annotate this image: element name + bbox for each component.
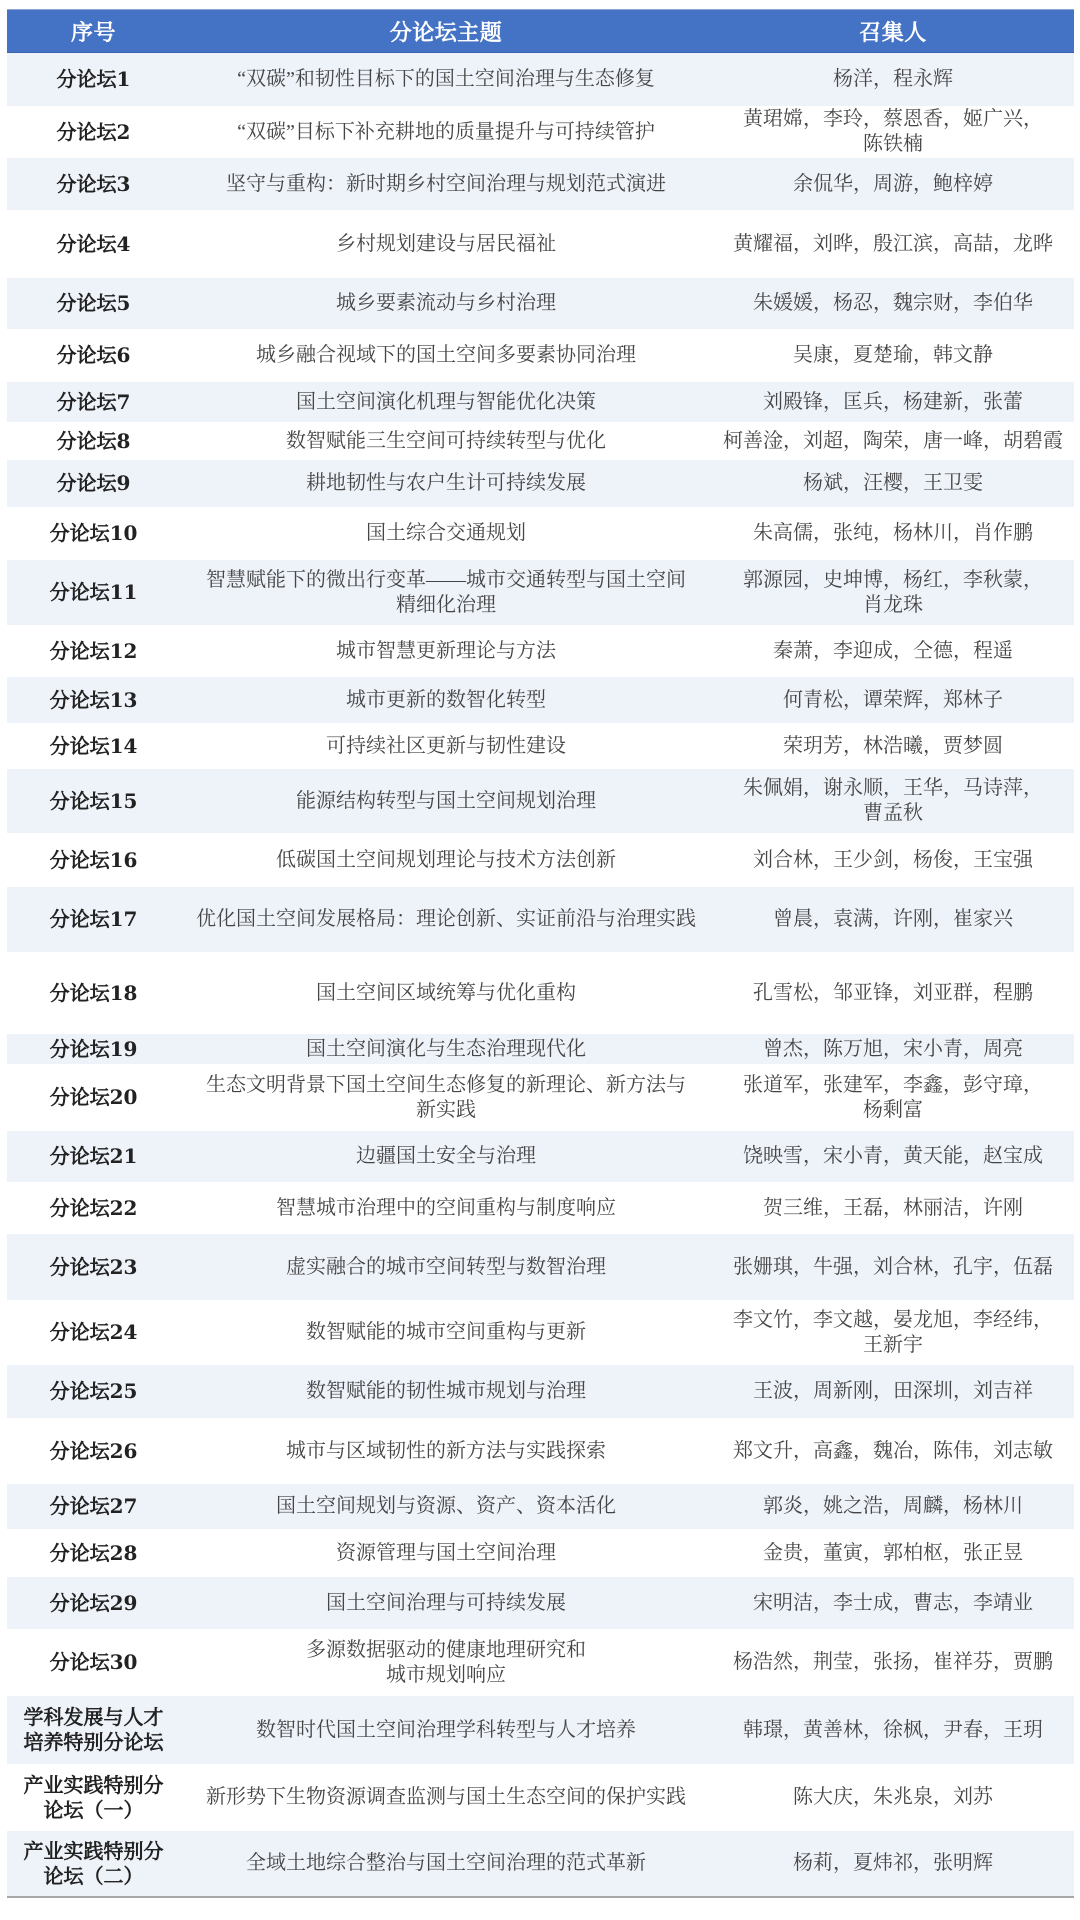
- forum-conveners: 郑文升，高鑫，魏冶，陈伟，刘志敏: [712, 1418, 1074, 1484]
- forum-id: 分论坛8: [7, 422, 180, 460]
- table-row: 分论坛10 国土综合交通规划 朱高儒，张纯，杨林川，肖作鹏: [7, 507, 1074, 560]
- forum-conveners: 余侃华，周游，鲍梓婷: [712, 158, 1074, 210]
- forum-id: 分论坛11: [7, 560, 180, 625]
- forum-topic: “双碳”和韧性目标下的国土空间治理与生态修复: [180, 53, 712, 106]
- forum-topic: 城市更新的数智化转型: [180, 677, 712, 723]
- forum-conveners: 张姗琪，牛强，刘合林，孔宇，伍磊: [712, 1234, 1074, 1300]
- forum-conveners: 宋明洁，李士成，曹志，李靖业: [712, 1577, 1074, 1629]
- table-row: 分论坛25 数智赋能的韧性城市规划与治理 王波，周新刚，田深圳，刘吉祥: [7, 1365, 1074, 1418]
- forum-conveners: 朱高儒，张纯，杨林川，肖作鹏: [712, 507, 1074, 560]
- forum-topic: 全域土地综合整治与国土空间治理的范式革新: [180, 1831, 712, 1896]
- forum-conveners: 郭炎，姚之浩，周麟，杨林川: [712, 1484, 1074, 1529]
- forum-conveners: 杨莉，夏炜祁，张明辉: [712, 1831, 1074, 1896]
- forum-topic: 数智赋能的韧性城市规划与治理: [180, 1365, 712, 1418]
- forum-topic: 乡村规划建设与居民福祉: [180, 210, 712, 278]
- header-topic: 分论坛主题: [180, 10, 712, 52]
- forum-id: 分论坛25: [7, 1365, 180, 1418]
- table-row: 分论坛5 城乡要素流动与乡村治理 朱媛媛，杨忍，魏宗财，李伯华: [7, 278, 1074, 329]
- forum-conveners: 曾杰，陈万旭，宋小青，周亮: [712, 1034, 1074, 1064]
- forum-conveners: 杨浩然，荆莹，张扬，崔祥芬，贾鹏: [712, 1629, 1074, 1696]
- forum-conveners: 柯善淦，刘超，陶荣，唐一峰，胡碧霞: [712, 422, 1074, 460]
- table-row: 分论坛14 可持续社区更新与韧性建设 荣玥芳，林浩曦，贾梦圆: [7, 723, 1074, 769]
- table-row: 产业实践特别分 论坛（一） 新形势下生物资源调查监测与国土生态空间的保护实践 陈…: [7, 1764, 1074, 1831]
- table-row: 分论坛9 耕地韧性与农户生计可持续发展 杨斌，汪樱，王卫雯: [7, 460, 1074, 507]
- forum-id: 分论坛29: [7, 1577, 180, 1629]
- forum-topic: 国土空间区域统筹与优化重构: [180, 952, 712, 1034]
- table-row: 分论坛8 数智赋能三生空间可持续转型与优化 柯善淦，刘超，陶荣，唐一峰，胡碧霞: [7, 422, 1074, 460]
- forum-topic: 国土空间治理与可持续发展: [180, 1577, 712, 1629]
- forum-id: 分论坛22: [7, 1182, 180, 1234]
- table-row: 分论坛26 城市与区域韧性的新方法与实践探索 郑文升，高鑫，魏冶，陈伟，刘志敏: [7, 1418, 1074, 1484]
- forum-topic: 国土空间演化与生态治理现代化: [180, 1034, 712, 1064]
- table-row: 分论坛13 城市更新的数智化转型 何青松，谭荣辉，郑林子: [7, 677, 1074, 723]
- forum-conveners: 王波，周新刚，田深圳，刘吉祥: [712, 1365, 1074, 1418]
- table-row: 分论坛7 国土空间演化机理与智能优化决策 刘殿锋，匡兵，杨建新，张蕾: [7, 382, 1074, 422]
- forum-id: 分论坛9: [7, 460, 180, 507]
- forum-topic: 数智赋能三生空间可持续转型与优化: [180, 422, 712, 460]
- forum-id: 分论坛6: [7, 329, 180, 382]
- table-row: 分论坛17 优化国土空间发展格局：理论创新、实证前沿与治理实践 曾晨，袁满，许刚…: [7, 887, 1074, 952]
- forum-topic: 耕地韧性与农户生计可持续发展: [180, 460, 712, 507]
- table-row: 分论坛30 多源数据驱动的健康地理研究和 城市规划响应 杨浩然，荆莹，张扬，崔祥…: [7, 1629, 1074, 1696]
- forum-conveners: 曾晨，袁满，许刚，崔家兴: [712, 887, 1074, 952]
- forum-id: 分论坛13: [7, 677, 180, 723]
- forum-id: 分论坛14: [7, 723, 180, 769]
- forum-id: 分论坛21: [7, 1131, 180, 1182]
- forum-id: 分论坛24: [7, 1300, 180, 1365]
- table-row: 分论坛20 生态文明背景下国土空间生态修复的新理论、新方法与 新实践 张道军，张…: [7, 1064, 1074, 1131]
- forum-id: 分论坛28: [7, 1529, 180, 1577]
- table-row: 分论坛12 城市智慧更新理论与方法 秦萧，李迎成，仝德，程遥: [7, 625, 1074, 677]
- forum-conveners: 郭源园，史坤博，杨红，李秋蒙， 肖龙珠: [712, 560, 1074, 625]
- table-row: 分论坛2 “双碳”目标下补充耕地的质量提升与可持续管护 黄珺嫦，李玲，蔡恩香，姬…: [7, 106, 1074, 158]
- forum-id: 学科发展与人才 培养特别分论坛: [7, 1696, 180, 1764]
- forum-topic: 城乡融合视域下的国土空间多要素协同治理: [180, 329, 712, 382]
- forum-id: 分论坛18: [7, 952, 180, 1034]
- forum-topic: 坚守与重构：新时期乡村空间治理与规划范式演进: [180, 158, 712, 210]
- forum-topic: 国土综合交通规划: [180, 507, 712, 560]
- table-bottom-border: [7, 1896, 1074, 1898]
- forum-id: 分论坛5: [7, 278, 180, 329]
- forum-id: 分论坛16: [7, 833, 180, 887]
- forum-id: 分论坛3: [7, 158, 180, 210]
- forum-conveners: 金贵，董寅，郭柏枢，张正昱: [712, 1529, 1074, 1577]
- forum-topic: 多源数据驱动的健康地理研究和 城市规划响应: [180, 1629, 712, 1696]
- table-row: 分论坛23 虚实融合的城市空间转型与数智治理 张姗琪，牛强，刘合林，孔宇，伍磊: [7, 1234, 1074, 1300]
- forum-topic: 可持续社区更新与韧性建设: [180, 723, 712, 769]
- forum-id: 产业实践特别分 论坛（一）: [7, 1764, 180, 1831]
- forum-conveners: 韩璟，黄善林，徐枫，尹春，王玥: [712, 1696, 1074, 1764]
- table-row: 产业实践特别分 论坛（二） 全域土地综合整治与国土空间治理的范式革新 杨莉，夏炜…: [7, 1831, 1074, 1896]
- forum-topic: 城乡要素流动与乡村治理: [180, 278, 712, 329]
- forum-topic: 国土空间演化机理与智能优化决策: [180, 382, 712, 422]
- forum-id: 分论坛26: [7, 1418, 180, 1484]
- header-conveners: 召集人: [712, 10, 1074, 52]
- table-row: 分论坛1 “双碳”和韧性目标下的国土空间治理与生态修复 杨洋，程永辉: [7, 53, 1074, 106]
- forum-id: 分论坛23: [7, 1234, 180, 1300]
- forum-id: 分论坛20: [7, 1064, 180, 1131]
- forum-id: 分论坛15: [7, 769, 180, 833]
- forum-table: 序号 分论坛主题 召集人 分论坛1 “双碳”和韧性目标下的国土空间治理与生态修复…: [7, 9, 1074, 1898]
- forum-id: 分论坛2: [7, 106, 180, 158]
- forum-conveners: 陈大庆，朱兆泉，刘苏: [712, 1764, 1074, 1831]
- forum-topic: “双碳”目标下补充耕地的质量提升与可持续管护: [180, 106, 712, 158]
- forum-conveners: 秦萧，李迎成，仝德，程遥: [712, 625, 1074, 677]
- forum-conveners: 杨洋，程永辉: [712, 53, 1074, 106]
- forum-id: 分论坛7: [7, 382, 180, 422]
- forum-topic: 虚实融合的城市空间转型与数智治理: [180, 1234, 712, 1300]
- table-row: 分论坛16 低碳国土空间规划理论与技术方法创新 刘合林，王少剑，杨俊，王宝强: [7, 833, 1074, 887]
- table-row: 分论坛27 国土空间规划与资源、资产、资本活化 郭炎，姚之浩，周麟，杨林川: [7, 1484, 1074, 1529]
- forum-topic: 资源管理与国土空间治理: [180, 1529, 712, 1577]
- forum-conveners: 荣玥芳，林浩曦，贾梦圆: [712, 723, 1074, 769]
- forum-id: 分论坛27: [7, 1484, 180, 1529]
- forum-id: 分论坛19: [7, 1034, 180, 1064]
- table-row: 分论坛6 城乡融合视域下的国土空间多要素协同治理 吴康，夏楚瑜，韩文静: [7, 329, 1074, 382]
- forum-topic: 智慧赋能下的微出行变革——城市交通转型与国土空间 精细化治理: [180, 560, 712, 625]
- table-row: 分论坛24 数智赋能的城市空间重构与更新 李文竹，李文越，晏龙旭，李经纬， 王新…: [7, 1300, 1074, 1365]
- forum-conveners: 黄耀福，刘晔，殷江滨，高喆，龙晔: [712, 210, 1074, 278]
- forum-topic: 数智时代国土空间治理学科转型与人才培养: [180, 1696, 712, 1764]
- forum-conveners: 李文竹，李文越，晏龙旭，李经纬， 王新宇: [712, 1300, 1074, 1365]
- forum-conveners: 朱佩娟，谢永顺，王华，马诗萍， 曹孟秋: [712, 769, 1074, 833]
- forum-topic: 智慧城市治理中的空间重构与制度响应: [180, 1182, 712, 1234]
- forum-id: 分论坛12: [7, 625, 180, 677]
- forum-id: 分论坛1: [7, 53, 180, 106]
- forum-topic: 低碳国土空间规划理论与技术方法创新: [180, 833, 712, 887]
- forum-conveners: 孔雪松，邹亚锋，刘亚群，程鹏: [712, 952, 1074, 1034]
- forum-id: 分论坛17: [7, 887, 180, 952]
- forum-conveners: 刘殿锋，匡兵，杨建新，张蕾: [712, 382, 1074, 422]
- forum-conveners: 何青松，谭荣辉，郑林子: [712, 677, 1074, 723]
- forum-conveners: 黄珺嫦，李玲，蔡恩香，姬广兴， 陈铁楠: [712, 106, 1074, 158]
- table-row: 分论坛11 智慧赋能下的微出行变革——城市交通转型与国土空间 精细化治理 郭源园…: [7, 560, 1074, 625]
- forum-conveners: 贺三维，王磊，林丽洁，许刚: [712, 1182, 1074, 1234]
- forum-conveners: 刘合林，王少剑，杨俊，王宝强: [712, 833, 1074, 887]
- forum-topic: 国土空间规划与资源、资产、资本活化: [180, 1484, 712, 1529]
- table-header: 序号 分论坛主题 召集人: [7, 9, 1074, 53]
- table-row: 学科发展与人才 培养特别分论坛 数智时代国土空间治理学科转型与人才培养 韩璟，黄…: [7, 1696, 1074, 1764]
- table-row: 分论坛18 国土空间区域统筹与优化重构 孔雪松，邹亚锋，刘亚群，程鹏: [7, 952, 1074, 1034]
- table-row: 分论坛3 坚守与重构：新时期乡村空间治理与规划范式演进 余侃华，周游，鲍梓婷: [7, 158, 1074, 210]
- forum-id: 分论坛4: [7, 210, 180, 278]
- forum-id: 分论坛10: [7, 507, 180, 560]
- table-row: 分论坛21 边疆国土安全与治理 饶映雪，宋小青，黄天能，赵宝成: [7, 1131, 1074, 1182]
- forum-id: 分论坛30: [7, 1629, 180, 1696]
- table-row: 分论坛28 资源管理与国土空间治理 金贵，董寅，郭柏枢，张正昱: [7, 1529, 1074, 1577]
- forum-topic: 城市智慧更新理论与方法: [180, 625, 712, 677]
- forum-topic: 新形势下生物资源调查监测与国土生态空间的保护实践: [180, 1764, 712, 1831]
- forum-topic: 优化国土空间发展格局：理论创新、实证前沿与治理实践: [180, 887, 712, 952]
- forum-topic: 边疆国土安全与治理: [180, 1131, 712, 1182]
- forum-topic: 数智赋能的城市空间重构与更新: [180, 1300, 712, 1365]
- forum-conveners: 张道军，张建军，李鑫，彭守璋， 杨剩富: [712, 1064, 1074, 1131]
- forum-id: 产业实践特别分 论坛（二）: [7, 1831, 180, 1896]
- table-row: 分论坛19 国土空间演化与生态治理现代化 曾杰，陈万旭，宋小青，周亮: [7, 1034, 1074, 1064]
- forum-conveners: 吴康，夏楚瑜，韩文静: [712, 329, 1074, 382]
- forum-conveners: 朱媛媛，杨忍，魏宗财，李伯华: [712, 278, 1074, 329]
- forum-conveners: 杨斌，汪樱，王卫雯: [712, 460, 1074, 507]
- table-row: 分论坛15 能源结构转型与国土空间规划治理 朱佩娟，谢永顺，王华，马诗萍， 曹孟…: [7, 769, 1074, 833]
- forum-topic: 生态文明背景下国土空间生态修复的新理论、新方法与 新实践: [180, 1064, 712, 1131]
- table-row: 分论坛22 智慧城市治理中的空间重构与制度响应 贺三维，王磊，林丽洁，许刚: [7, 1182, 1074, 1234]
- forum-topic: 能源结构转型与国土空间规划治理: [180, 769, 712, 833]
- table-row: 分论坛29 国土空间治理与可持续发展 宋明洁，李士成，曹志，李靖业: [7, 1577, 1074, 1629]
- table-row: 分论坛4 乡村规划建设与居民福祉 黄耀福，刘晔，殷江滨，高喆，龙晔: [7, 210, 1074, 278]
- forum-conveners: 饶映雪，宋小青，黄天能，赵宝成: [712, 1131, 1074, 1182]
- header-id: 序号: [7, 10, 180, 52]
- forum-topic: 城市与区域韧性的新方法与实践探索: [180, 1418, 712, 1484]
